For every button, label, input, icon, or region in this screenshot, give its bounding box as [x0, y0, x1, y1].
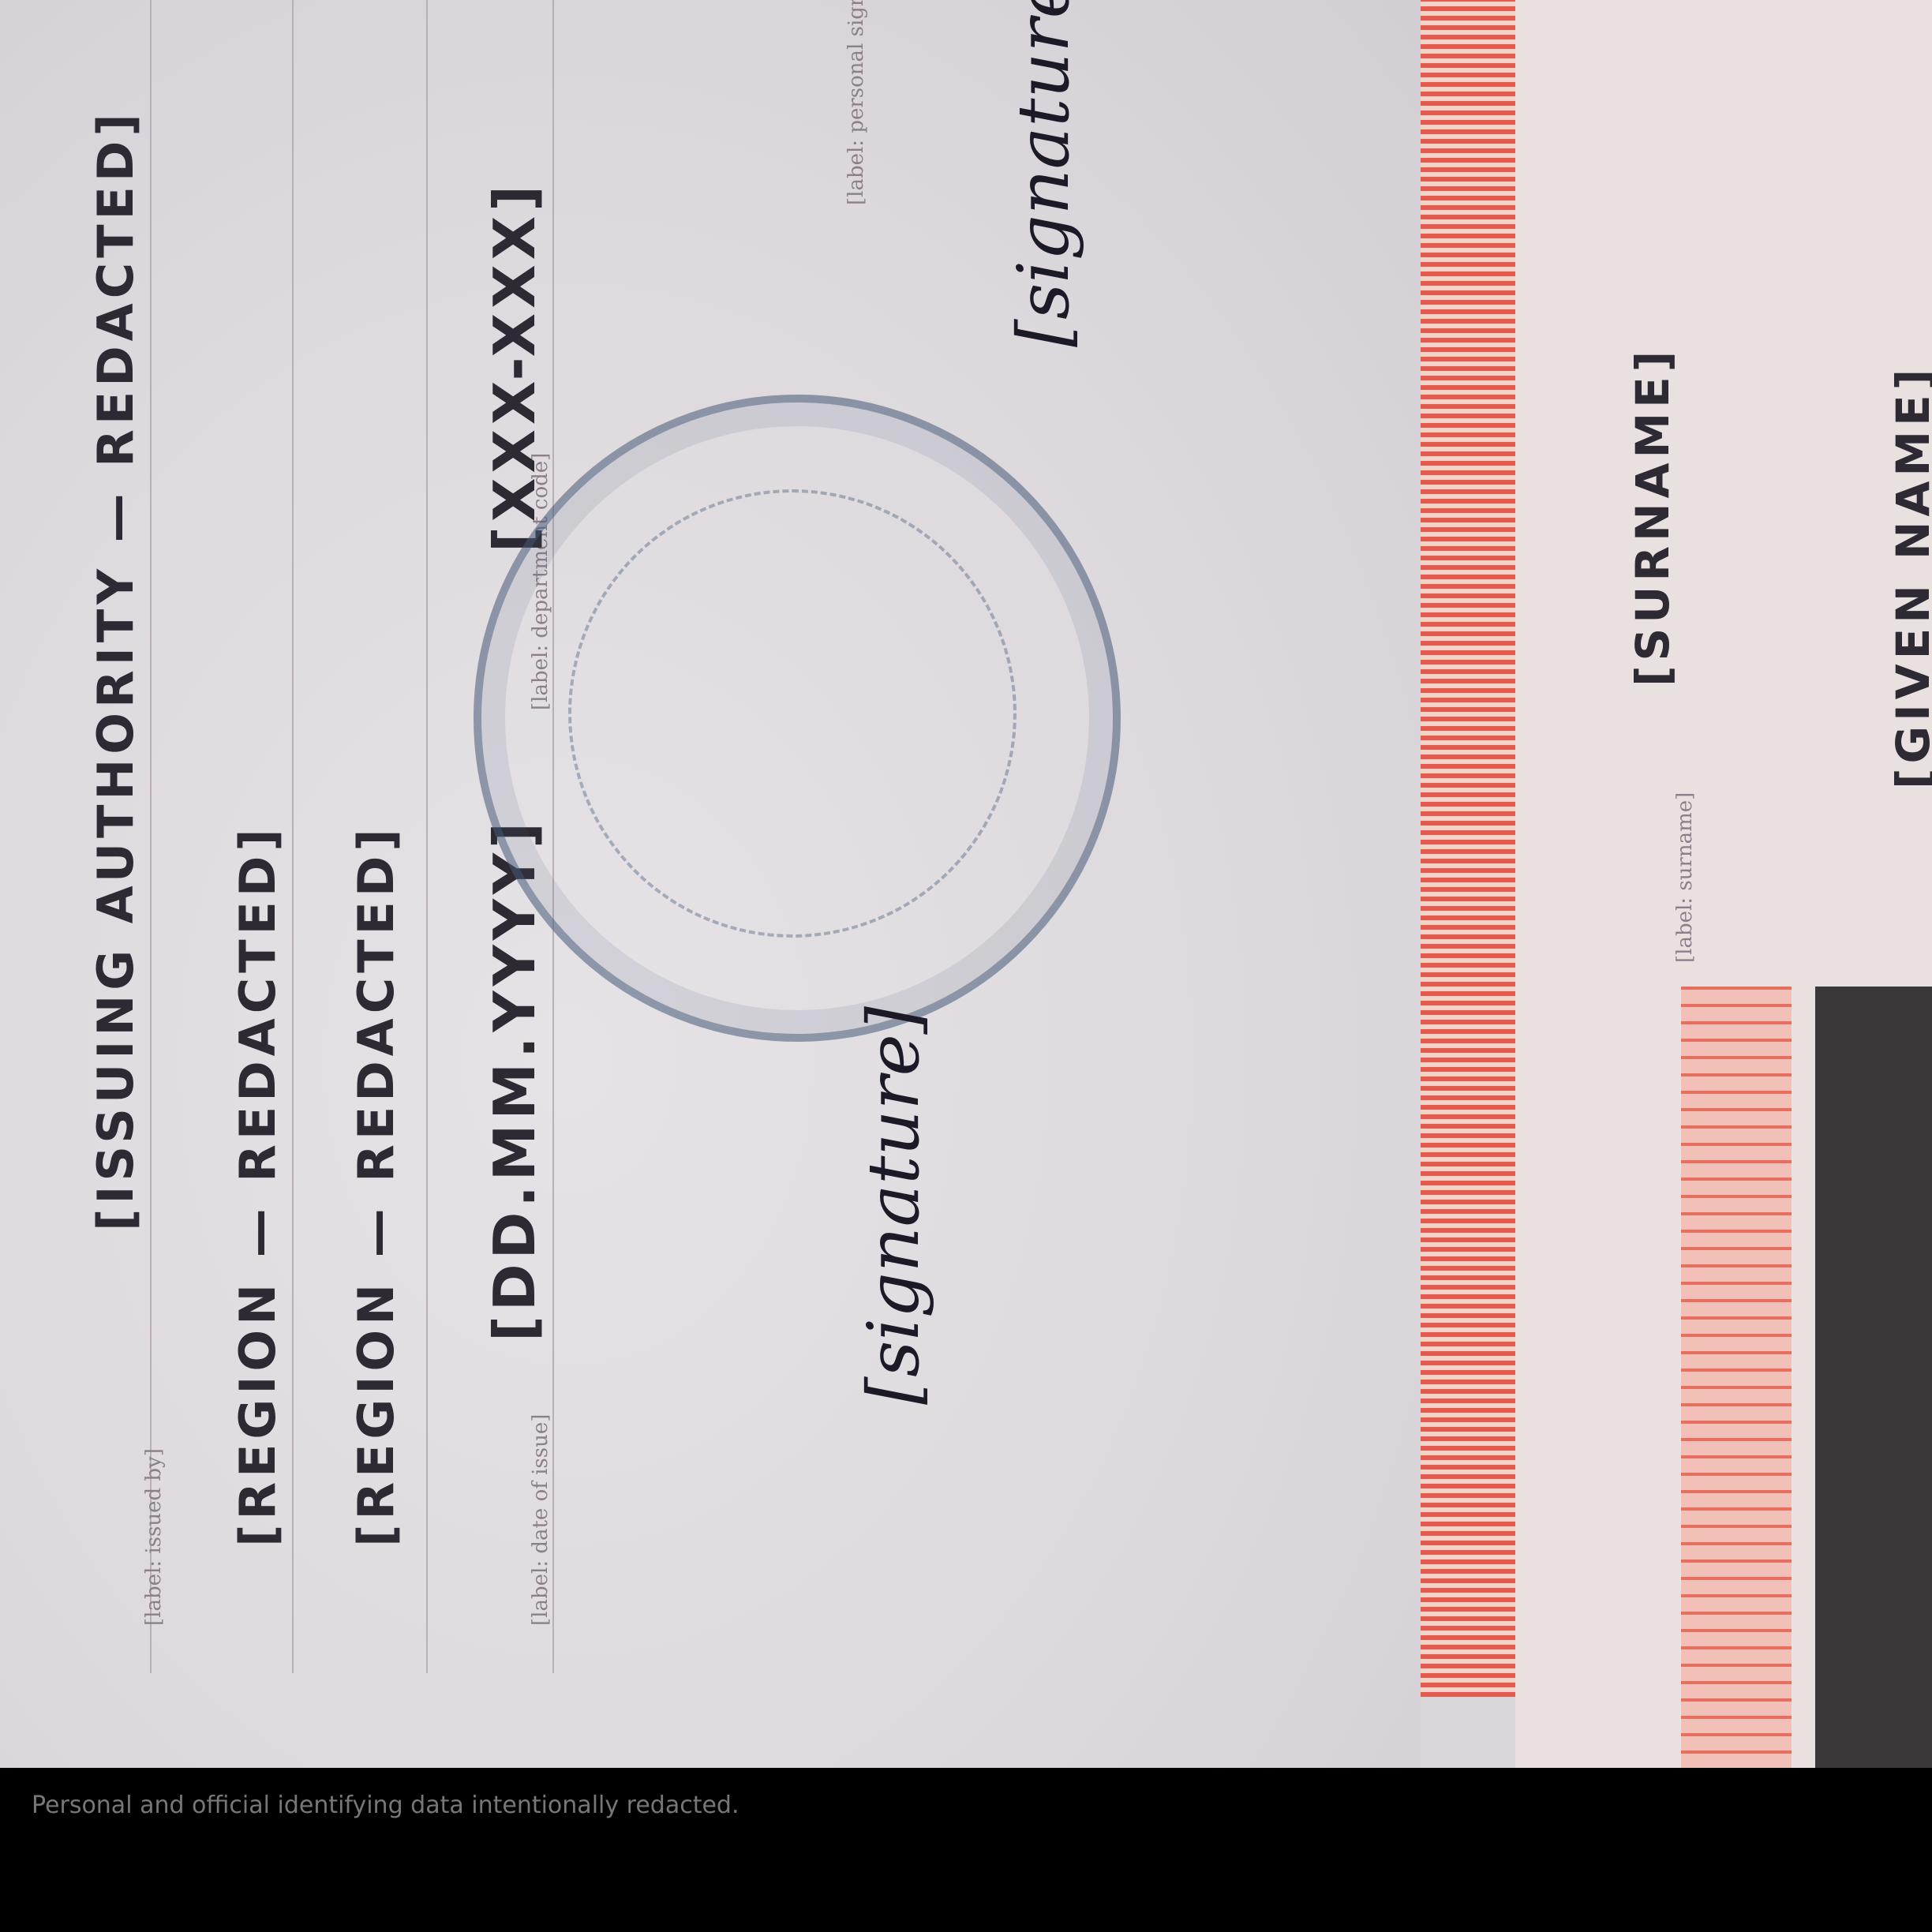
issued-by-line-3: [REGION — REDACTED] — [347, 824, 405, 1547]
ruled-line — [426, 0, 428, 1673]
surname: [SURNAME] — [1626, 346, 1679, 687]
holder-signature: [signature] — [1002, 0, 1085, 347]
issued-by-label: [label: issued by] — [142, 1448, 166, 1626]
department-code: [XXX-XXX] — [481, 181, 548, 552]
passport-photo: [label: issued by] [ISSUING AUTHORITY — … — [0, 0, 1932, 1768]
given-name: [GIVEN NAME] — [1886, 365, 1932, 789]
guilloche-border — [1681, 987, 1792, 1768]
issue-date-label: [label: date of issue] — [529, 1414, 552, 1626]
passport-left-page: [label: issued by] [ISSUING AUTHORITY — … — [0, 0, 1421, 1768]
redaction-notice: Personal and official identifying data i… — [32, 1792, 739, 1819]
seal-emblem — [568, 489, 1017, 938]
ruled-line — [150, 0, 152, 1673]
surname-label: [label: surname] — [1673, 792, 1697, 963]
issued-by-line-1: [ISSUING AUTHORITY — REDACTED] — [87, 109, 144, 1231]
ruled-line — [292, 0, 294, 1673]
official-seal — [474, 395, 1121, 1042]
passport-binding-stripe — [1421, 0, 1515, 1697]
official-signature: [signature] — [852, 1006, 935, 1405]
holder-photo-redacted — [1815, 987, 1932, 1768]
holder-signature-label: [label: personal signature] — [844, 0, 868, 205]
issued-by-line-2: [REGION — REDACTED] — [229, 824, 286, 1547]
